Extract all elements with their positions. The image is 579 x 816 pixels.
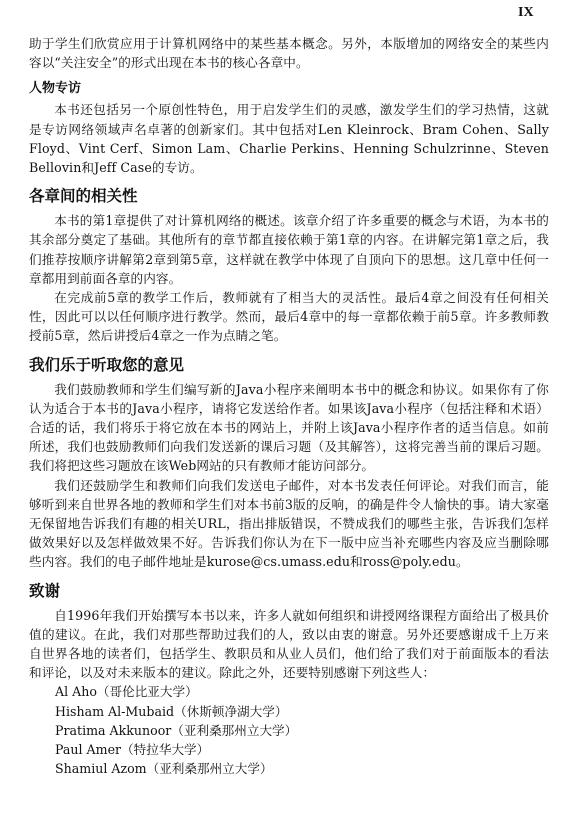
list-item: Paul Amer（特拉华大学） [55, 740, 549, 759]
feedback-paragraph-1: 我们鼓励教师和学生们编写新的Java小程序来阐明本书中的概念和协议。如果你有了你… [29, 380, 549, 476]
dependencies-paragraph-2: 在完成前5章的教学工作后，教师就有了相当大的灵活性。最后4章之间没有任何相关性，… [29, 288, 549, 346]
acknowledgements-heading: 致谢 [29, 581, 549, 601]
dependencies-paragraph-1: 本书的第1章提供了对计算机网络的概述。该章介绍了许多重要的概念与术语，为本书的其… [29, 211, 549, 288]
acknowledged-people-list: Al Aho（哥伦比亚大学） Hisham Al-Mubaid（休斯顿净湖大学）… [29, 682, 549, 778]
feedback-heading: 我们乐于听取您的意见 [29, 355, 549, 375]
list-item: Shamiul Azom（亚利桑那州立大学） [55, 759, 549, 778]
intro-paragraph: 助于学生们欣赏应用于计算机网络中的某些基本概念。另外，本版增加的网络安全的某些内… [29, 34, 549, 72]
list-item: Al Aho（哥伦比亚大学） [55, 682, 549, 701]
page-number: IX [518, 5, 534, 21]
dependencies-heading: 各章间的相关性 [29, 186, 549, 206]
interviews-paragraph: 本书还包括另一个原创性特色，用于启发学生们的灵感，激发学生们的学习热情，这就是专… [29, 100, 549, 177]
list-item: Pratima Akkunoor（亚利桑那州立大学） [55, 721, 549, 740]
interviews-heading: 人物专访 [29, 80, 549, 98]
list-item: Hisham Al-Mubaid（休斯顿净湖大学） [55, 702, 549, 721]
acknowledgements-paragraph: 自1996年我们开始撰写本书以来，许多人就如何组织和讲授网络课程方面给出了极具价… [29, 606, 549, 683]
page-content: 助于学生们欣赏应用于计算机网络中的某些基本概念。另外，本版增加的网络安全的某些内… [29, 34, 549, 779]
feedback-paragraph-2: 我们还鼓励学生和教师们向我们发送电子邮件，对本书发表任何评论。对我们而言，能够听… [29, 476, 549, 572]
